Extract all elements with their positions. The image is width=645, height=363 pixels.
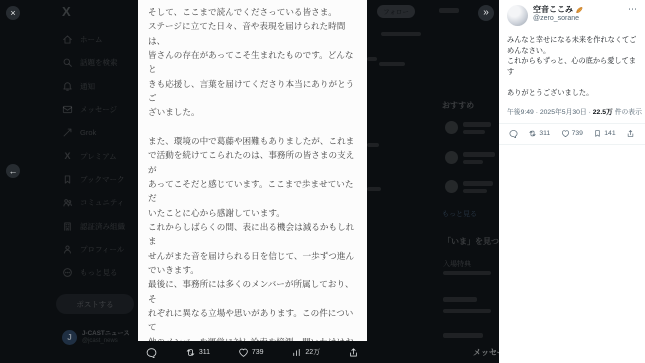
sidebar-item-communities: コミュニティ [55,191,135,214]
account-name: J-CASTニュース [82,330,130,338]
reply-button[interactable] [146,347,157,358]
like-button[interactable]: 739 [561,129,583,138]
sidebar-item-verified-orgs: 認証済み組織 [55,214,135,237]
sidebar-item-notifications: 通知 [55,75,135,98]
people-icon [62,197,73,208]
bookmark-count: 141 [604,130,615,137]
author-name[interactable]: 空音ここみ [533,5,623,14]
mail-icon [62,104,73,115]
placeholder-bar [443,309,491,313]
heart-icon [561,129,570,138]
account-avatar: J [62,330,77,345]
share-icon [626,129,635,138]
sidebar-item-explore: 話題を検索 [55,51,135,74]
placeholder-bar [367,57,377,61]
avatar [445,121,458,134]
messages-drawer: メッセージ [473,347,499,358]
sidebar-item-grok: Grok [55,121,135,144]
dimmed-right-column: フォロー おすすめ もっと見る 「いま」を見つけよう 入場特典 [367,0,499,363]
tweet-action-bar: 311 739 141 [507,124,637,144]
x-logo: X [55,4,135,28]
chevrons-right-icon: » [483,8,489,18]
repost-button[interactable]: 311 [528,129,550,138]
placeholder-bar [443,271,491,275]
repost-button[interactable]: 311 [185,347,210,358]
views-value: 22.5万 [593,109,613,116]
dimmed-sidebar: X ホーム 話題を検索 通知 メッセージ Grok X [55,4,135,345]
views-label: 件の表示 [615,109,642,116]
grok-icon [62,127,73,138]
photo-viewer-overlay: X ホーム 話題を検索 通知 メッセージ Grok X [0,0,499,363]
statement-image[interactable]: そして、ここまで読んでくださっている皆さま。 ステージに立てた日々、音や表現を届… [138,0,367,341]
tweet-text: みんなと幸せになる未来を作れなくてごめんなさい。 これからもずっと、心の底から愛… [507,35,637,99]
account-switcher: J J-CASTニュース @jcast_news [55,330,135,345]
author-handle[interactable]: @zero_sorane [533,14,623,23]
tweet-header: 空音ここみ @zero_sorane ⋯ [507,5,637,29]
hide-panel-button[interactable]: » [478,5,494,21]
search-icon [62,57,73,68]
avatar [445,151,458,164]
repost-icon [185,347,196,358]
sidebar-item-messages: メッセージ [55,98,135,121]
placeholder-bar [381,32,421,36]
reply-icon [509,129,518,138]
like-count: 739 [572,130,583,137]
bookmark-icon [62,174,73,185]
tweet-meta: 午後9:49 · 2025年5月30日 · 22.5万 件の表示 [507,106,637,116]
bell-icon [62,81,73,92]
repost-count: 311 [539,130,550,137]
bookmark-button[interactable]: 141 [593,129,615,138]
suggested-user [445,121,491,134]
suggested-user [445,151,495,164]
show-more-link: もっと見る [442,209,477,219]
divider [499,144,645,145]
repost-icon [528,129,537,138]
placeholder-bar [439,8,459,13]
previous-image-button[interactable]: ← [6,164,20,178]
tweet-time: 午後9:49 [507,109,534,116]
sidebar-item-profile: プロフィール [55,238,135,261]
account-handle: @jcast_news [82,338,130,345]
placeholder-bar [379,62,405,66]
heart-icon [238,347,249,358]
who-to-follow-heading: おすすめ [442,100,474,111]
post-button: ポストする [56,294,134,314]
sidebar-item-home: ホーム [55,28,135,51]
feather-emoji [575,6,583,14]
like-button[interactable]: 739 [238,347,264,358]
suggested-user [445,180,493,193]
reply-icon [146,347,157,358]
x-premium-icon: X [62,151,73,161]
bookmark-icon [593,129,602,138]
trends-heading: 「いま」を見つけよう [443,236,499,247]
trend-item: 入場特典 [443,259,471,269]
close-button[interactable]: × [6,6,20,20]
analytics-icon [291,347,302,358]
more-circle-icon [62,267,73,278]
close-icon: × [10,9,15,18]
like-count: 739 [252,349,264,356]
avatar [445,180,458,193]
person-icon [62,244,73,255]
placeholder-bar [367,143,379,147]
more-menu-button[interactable]: ⋯ [628,5,637,14]
arrow-left-icon: ← [9,167,18,176]
home-icon [62,34,73,45]
views-button[interactable]: 22万 [291,347,320,358]
tweet-date: 2025年5月30日 [540,109,587,116]
share-button[interactable] [348,347,359,358]
sidebar-item-premium: X プレミアム [55,144,135,167]
sidebar-item-bookmarks: ブックマーク [55,168,135,191]
reply-button[interactable] [509,129,518,138]
share-button[interactable] [626,129,635,138]
author-avatar[interactable] [507,5,528,26]
building-icon [62,221,73,232]
views-count: 22万 [305,347,320,357]
sidebar-item-more: もっと見る [55,261,135,284]
placeholder-bar [367,187,381,191]
repost-count: 311 [199,349,210,356]
follow-button: フォロー [377,5,415,18]
x-photo-viewer-page: X ホーム 話題を検索 通知 メッセージ Grok X [0,0,645,363]
viewer-action-bar: 311 739 22万 [138,341,367,363]
tweet-detail-panel: 空音ここみ @zero_sorane ⋯ みんなと幸せになる未来を作れなくてごめ… [499,0,645,363]
placeholder-bar [443,333,483,338]
placeholder-bar [443,297,477,302]
share-icon [348,347,359,358]
